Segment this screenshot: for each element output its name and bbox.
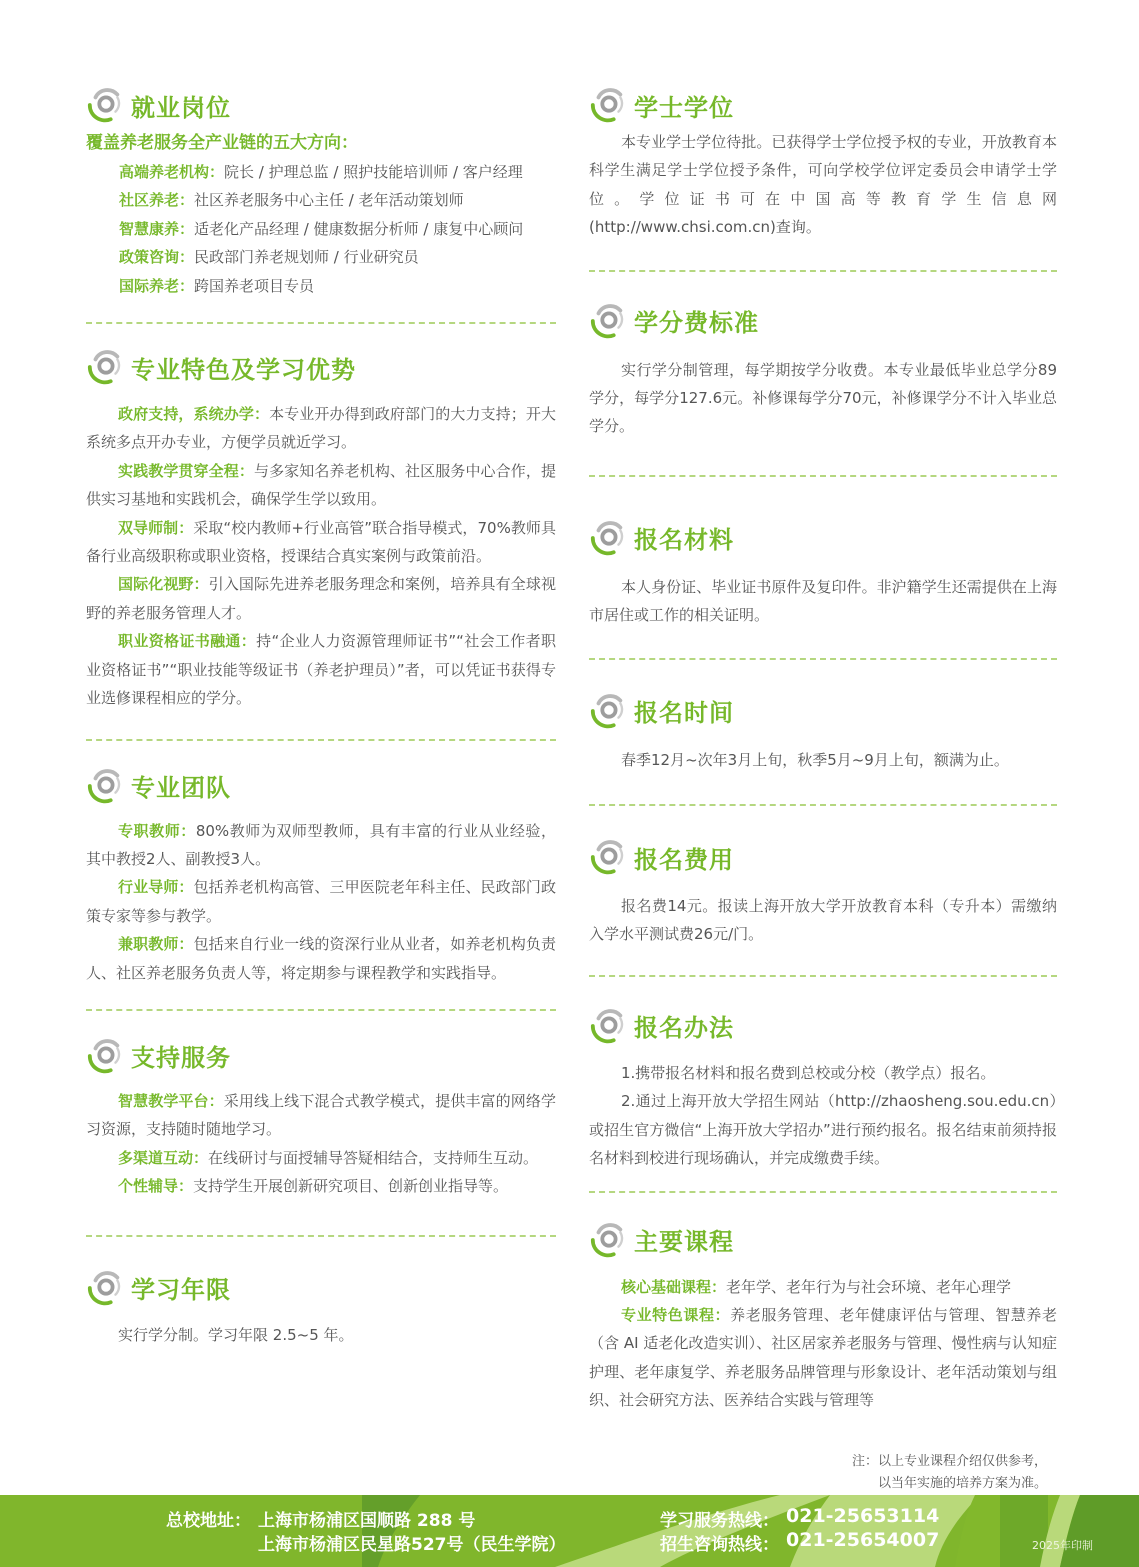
- method-step: 1.携带报名材料和报名费到总校或分校（教学点）报名。: [589, 1059, 1057, 1087]
- section-header: 专业特色及学习优势: [86, 346, 556, 388]
- section-header: 支持服务: [86, 1035, 556, 1077]
- section-method: 报名办法 1.携带报名材料和报名费到总校或分校（教学点）报名。 2.通过上海开放…: [589, 1005, 1057, 1173]
- hotline-admission-label: 招生咨询热线：: [660, 1530, 779, 1555]
- section-header: 报名费用: [589, 836, 1057, 878]
- swirl-icon: [86, 767, 124, 805]
- section-title: 学分费标准: [634, 303, 759, 338]
- section-support: 支持服务 智慧教学平台：采用线上线下混合式教学模式，提供丰富的网络学习资源，支持…: [86, 1035, 556, 1201]
- list-item: 国际养老：跨国养老项目专员: [86, 272, 556, 300]
- swirl-icon: [589, 86, 627, 124]
- section-divider: [86, 1235, 556, 1237]
- section-degree: 学士学位 本专业学士学位待批。已获得学士学位授予权的专业，开放教育本科学生满足学…: [589, 84, 1057, 242]
- address-line-2: 上海市杨浦区民星路527号（民生学院）: [258, 1530, 566, 1555]
- swirl-icon: [589, 838, 627, 876]
- section-title: 就业岗位: [131, 88, 231, 123]
- section-divider: [589, 658, 1057, 660]
- address-label: 总校地址：: [166, 1506, 251, 1531]
- materials-text: 本人身份证、毕业证书原件及复印件。非沪籍学生还需提供在上海市居住或工作的相关证明…: [589, 573, 1057, 630]
- feature-item: 国际化视野：引入国际先进养老服务理念和案例，培养具有全球视野的养老服务管理人才。: [86, 570, 556, 627]
- support-item: 智慧教学平台：采用线上线下混合式教学模式，提供丰富的网络学习资源，支持随时随地学…: [86, 1087, 556, 1144]
- team-item: 兼职教师：包括来自行业一线的资深行业从业者，如养老机构负责人、社区养老服务负责人…: [86, 930, 556, 987]
- course-item: 专业特色课程：养老服务管理、老年健康评估与管理、智慧养老（含 AI 适老化改造实…: [589, 1301, 1057, 1415]
- section-title: 报名办法: [634, 1008, 734, 1043]
- support-item: 多渠道互动：在线研讨与面授辅导答疑相结合，支持师生互动。: [86, 1144, 556, 1172]
- address-line-1: 上海市杨浦区国顺路 288 号: [258, 1506, 475, 1531]
- swirl-icon: [86, 86, 124, 124]
- time-text: 春季12月~次年3月上旬，秋季5月~9月上旬，额满为止。: [589, 746, 1057, 774]
- feature-item: 政府支持，系统办学：本专业开办得到政府部门的大力支持；开大系统多点开办专业，方便…: [86, 400, 556, 457]
- swirl-icon: [589, 1007, 627, 1045]
- section-title: 主要课程: [634, 1222, 734, 1257]
- hotline-study-number: 021-25653114: [786, 1505, 939, 1527]
- left-column: 就业岗位 覆盖养老服务全产业链的五大方向： 高端养老机构：院长 / 护理总监 /…: [86, 84, 556, 1349]
- support-item: 个性辅导：支持学生开展创新研究项目、创新创业指导等。: [86, 1172, 556, 1200]
- list-item: 政策咨询：民政部门养老规划师 / 行业研究员: [86, 243, 556, 271]
- fee-standard-text: 实行学分制管理，每学期按学分收费。本专业最低毕业总学分89学分，每学分127.6…: [589, 356, 1057, 441]
- section-divider: [86, 322, 556, 324]
- section-header: 学分费标准: [589, 300, 1057, 342]
- section-jobs: 就业岗位 覆盖养老服务全产业链的五大方向： 高端养老机构：院长 / 护理总监 /…: [86, 84, 556, 300]
- hotline-admission-number: 021-25654007: [786, 1529, 939, 1551]
- section-fee-standard: 学分费标准 实行学分制管理，每学期按学分收费。本专业最低毕业总学分89学分，每学…: [589, 300, 1057, 441]
- section-divider: [86, 1009, 556, 1011]
- section-title: 学士学位: [634, 88, 734, 123]
- section-header: 报名办法: [589, 1005, 1057, 1047]
- section-title: 支持服务: [131, 1038, 231, 1073]
- section-title: 报名费用: [634, 840, 734, 875]
- jobs-subtitle: 覆盖养老服务全产业链的五大方向：: [86, 128, 556, 158]
- swirl-icon: [86, 1269, 124, 1307]
- section-header: 学习年限: [86, 1267, 556, 1309]
- section-team: 专业团队 专职教师：80%教师为双师型教师，具有丰富的行业从业经验，其中教授2人…: [86, 765, 556, 987]
- section-fee: 报名费用 报名费14元。报读上海开放大学开放教育本科（专升本）需缴纳入学水平测试…: [589, 836, 1057, 949]
- degree-text: 本专业学士学位待批。已获得学士学位授予权的专业，开放教育本科学生满足学士学位授予…: [589, 128, 1057, 242]
- section-materials: 报名材料 本人身份证、毕业证书原件及复印件。非沪籍学生还需提供在上海市居住或工作…: [589, 517, 1057, 630]
- section-header: 报名材料: [589, 517, 1057, 559]
- section-divider: [589, 975, 1057, 977]
- section-header: 就业岗位: [86, 84, 556, 126]
- list-item: 智慧康养：适老化产品经理 / 健康数据分析师 / 康复中心顾问: [86, 215, 556, 243]
- feature-item: 职业资格证书融通：持“企业人力资源管理师证书”“社会工作者职业资格证书”“职业技…: [86, 627, 556, 712]
- swirl-icon: [589, 1221, 627, 1259]
- right-column: 学士学位 本专业学士学位待批。已获得学士学位授予权的专业，开放教育本科学生满足学…: [589, 84, 1057, 1495]
- section-header: 专业团队: [86, 765, 556, 807]
- section-divider: [589, 270, 1057, 272]
- method-step: 2.通过上海开放大学招生网站（http://zhaosheng.sou.edu.…: [589, 1087, 1057, 1172]
- section-time: 报名时间 春季12月~次年3月上旬，秋季5月~9月上旬，额满为止。: [589, 690, 1057, 774]
- hotline-study-label: 学习服务热线：: [660, 1506, 779, 1531]
- section-divider: [86, 739, 556, 741]
- section-divider: [589, 1191, 1057, 1193]
- footer-band: 总校地址： 上海市杨浦区国顺路 288 号 上海市杨浦区民星路527号（民生学院…: [0, 1495, 1139, 1567]
- section-header: 学士学位: [589, 84, 1057, 126]
- section-title: 报名时间: [634, 693, 734, 728]
- feature-item: 双导师制：采取“校内教师+行业高管”联合指导模式，70%教师具备行业高级职称或职…: [86, 514, 556, 571]
- section-divider: [589, 475, 1057, 477]
- list-item: 社区养老：社区养老服务中心主任 / 老年活动策划师: [86, 186, 556, 214]
- feature-item: 实践教学贯穿全程：与多家知名养老机构、社区服务中心合作，提供实习基地和实践机会，…: [86, 457, 556, 514]
- section-duration: 学习年限 实行学分制。学习年限 2.5~5 年。: [86, 1267, 556, 1349]
- section-header: 报名时间: [589, 690, 1057, 732]
- team-item: 专职教师：80%教师为双师型教师，具有丰富的行业从业经验，其中教授2人、副教授3…: [86, 817, 556, 874]
- section-features: 专业特色及学习优势 政府支持，系统办学：本专业开办得到政府部门的大力支持；开大系…: [86, 346, 556, 712]
- section-divider: [589, 804, 1057, 806]
- fee-text: 报名费14元。报读上海开放大学开放教育本科（专升本）需缴纳入学水平测试费26元/…: [589, 892, 1057, 949]
- swirl-icon: [589, 519, 627, 557]
- section-title: 学习年限: [131, 1270, 231, 1305]
- course-item: 核心基础课程：老年学、老年行为与社会环境、老年心理学: [589, 1273, 1057, 1301]
- team-item: 行业导师：包括养老机构高管、三甲医院老年科主任、民政部门政策专家等参与教学。: [86, 873, 556, 930]
- list-item: 高端养老机构：院长 / 护理总监 / 照护技能培训师 / 客户经理: [86, 158, 556, 186]
- section-title: 专业团队: [131, 768, 231, 803]
- swirl-icon: [86, 1037, 124, 1075]
- print-note: 2025年印制: [1032, 1537, 1093, 1553]
- duration-text: 实行学分制。学习年限 2.5~5 年。: [86, 1321, 556, 1349]
- section-title: 专业特色及学习优势: [131, 350, 356, 385]
- swirl-icon: [86, 348, 124, 386]
- section-header: 主要课程: [589, 1219, 1057, 1261]
- swirl-icon: [589, 302, 627, 340]
- course-note: 注：以上专业课程介绍仅供参考， 以当年实施的培养方案为准。: [589, 1451, 1057, 1495]
- swirl-icon: [589, 692, 627, 730]
- section-title: 报名材料: [634, 520, 734, 555]
- section-courses: 主要课程 核心基础课程：老年学、老年行为与社会环境、老年心理学 专业特色课程：养…: [589, 1219, 1057, 1495]
